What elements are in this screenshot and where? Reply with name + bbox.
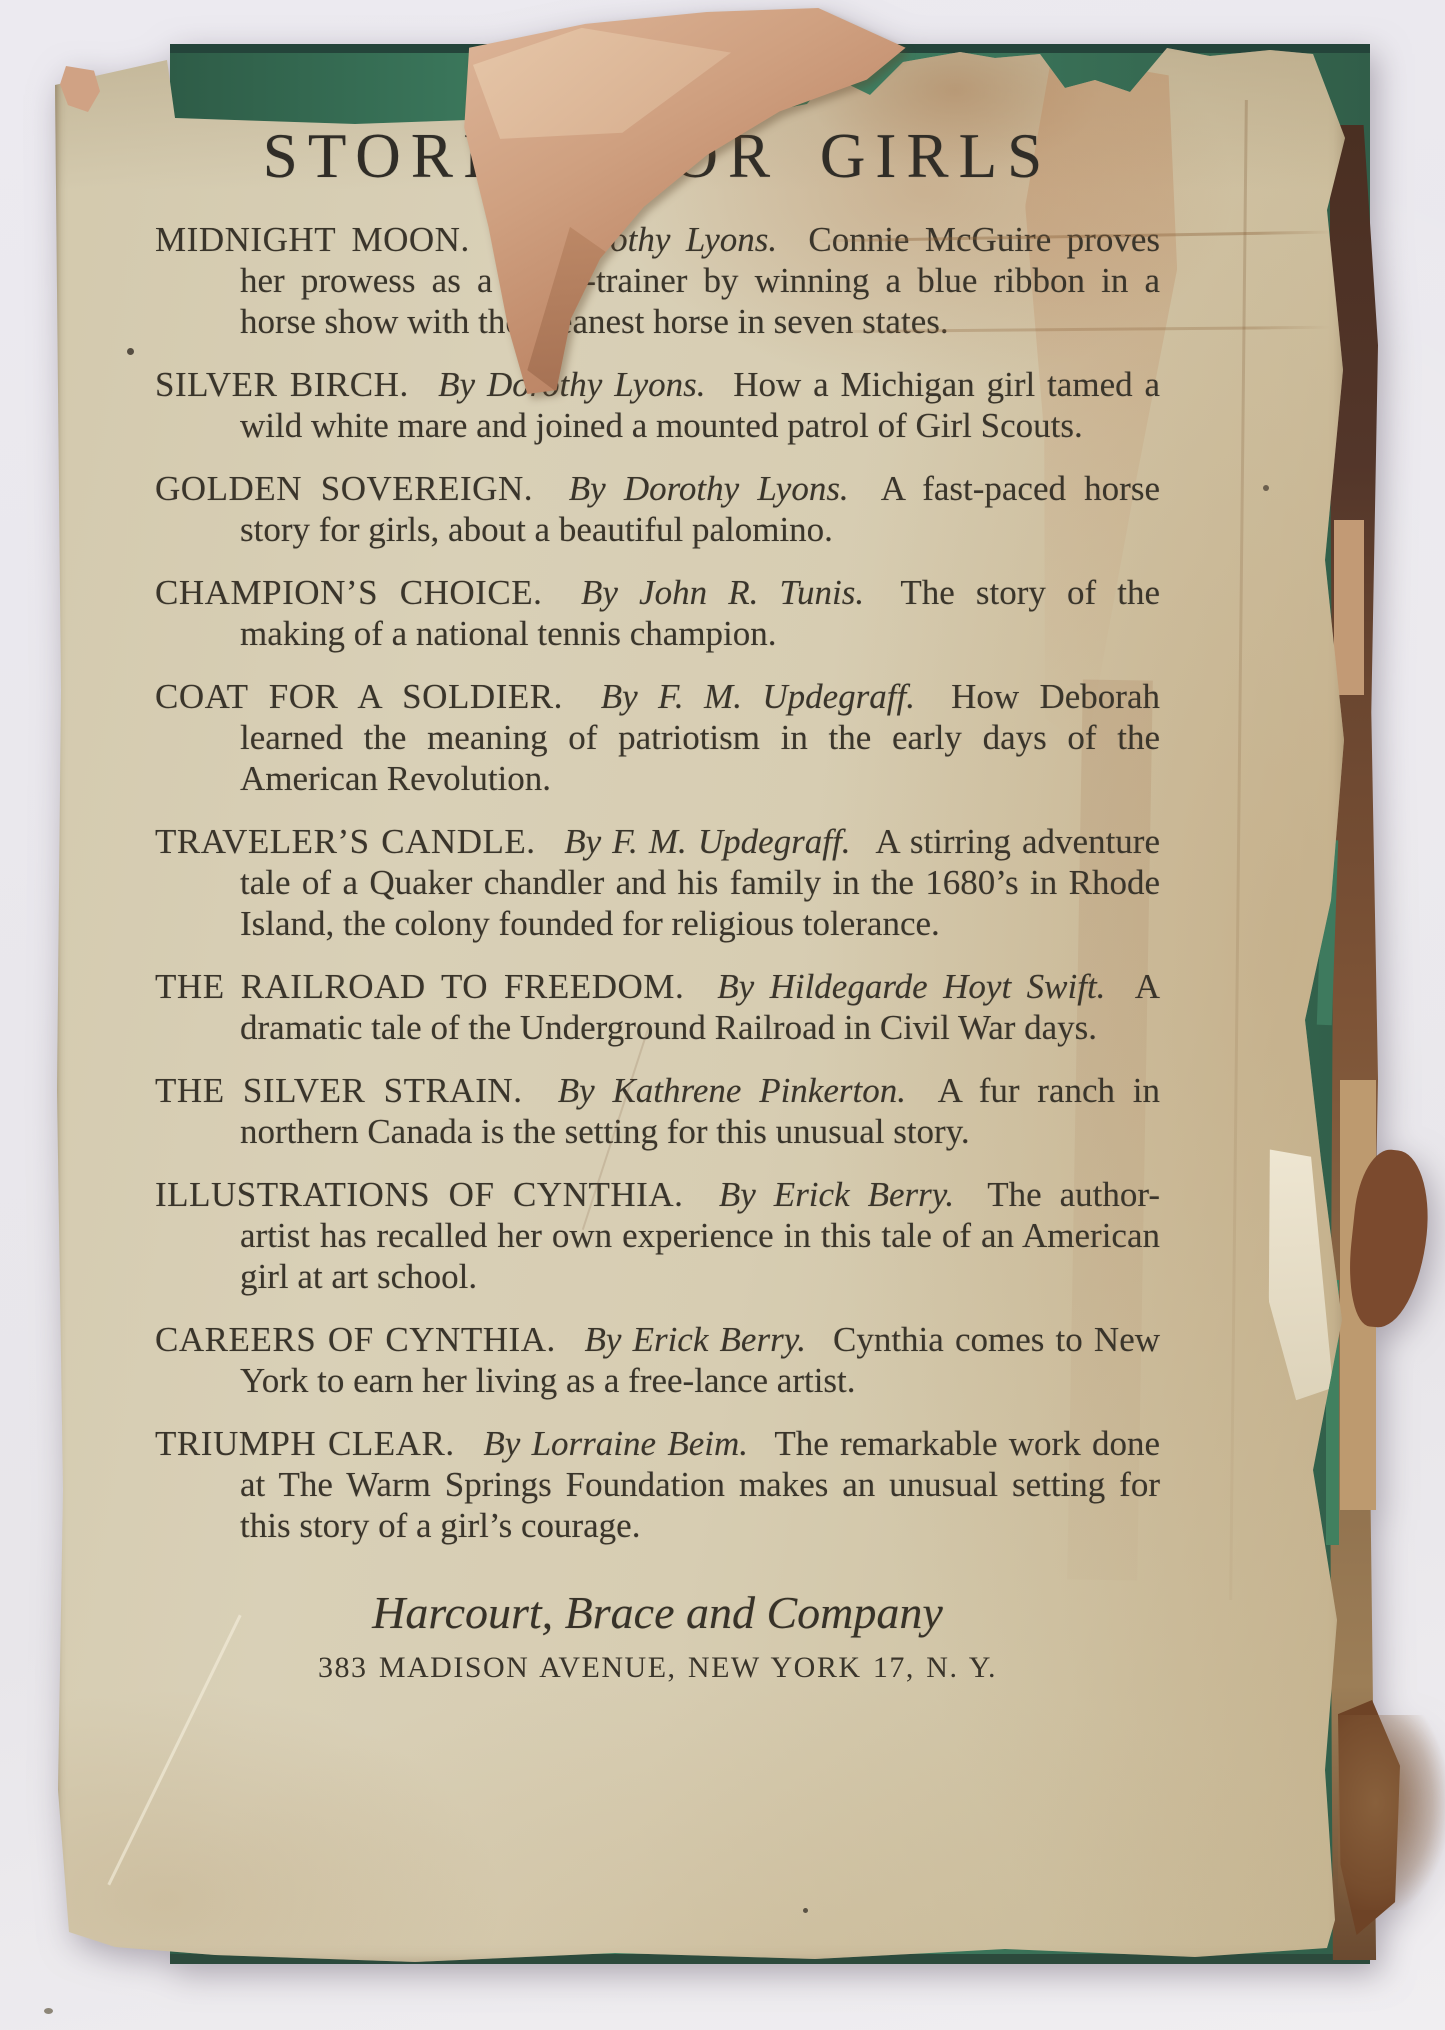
publisher-name: Harcourt, Brace and Company <box>155 1586 1160 1639</box>
book-entry-title: GOLDEN SOVEREIGN. <box>155 469 533 508</box>
worn-edge-patch <box>1334 520 1364 695</box>
book-entry-title: THE SILVER STRAIN. <box>155 1071 522 1110</box>
book-entry: THE RAILROAD TO FREEDOM. By Hildegarde H… <box>155 966 1160 1048</box>
book-entry: ILLUSTRATIONS OF CYNTHIA. By Erick Berry… <box>155 1174 1160 1297</box>
book-entry-title: THE RAILROAD TO FREEDOM. <box>155 967 684 1006</box>
torn-paper-flap-shape <box>440 8 925 406</box>
publisher-address: 383 MADISON AVENUE, NEW YORK 17, N. Y. <box>155 1651 1160 1685</box>
book-entry-author: By Erick Berry. <box>719 1175 954 1214</box>
book-entry: COAT FOR A SOLDIER. By F. M. Updegraff. … <box>155 676 1160 799</box>
peeled-paper-chip <box>1258 1146 1333 1401</box>
book-list: MIDNIGHT MOON. By Dorothy Lyons. Connie … <box>155 219 1160 1546</box>
book-entry-title: SILVER BIRCH. <box>155 365 409 404</box>
book-entry-author: By Dorothy Lyons. <box>569 469 849 508</box>
book-entry: CHAMPION’S CHOICE. By John R. Tunis. The… <box>155 572 1160 654</box>
book-entry: TRAVELER’S CANDLE. By F. M. Updegraff. A… <box>155 821 1160 944</box>
flap-tip-shade <box>527 227 634 406</box>
paper-speck <box>1263 485 1269 491</box>
background-speck <box>44 2008 53 2014</box>
paper-speck <box>127 348 134 355</box>
paper-speck <box>803 1908 808 1913</box>
photo-background: STORIES FOR GIRLS MIDNIGHT MOON. By Doro… <box>0 0 1445 2030</box>
book-entry: TRIUMPH CLEAR. By Lorraine Beim. The rem… <box>155 1423 1160 1546</box>
torn-paper-flap <box>440 8 925 406</box>
book-entry-title: TRAVELER’S CANDLE. <box>155 822 536 861</box>
book-entry-title: MIDNIGHT MOON. <box>155 220 470 259</box>
book-entry-title: CAREERS OF CYNTHIA. <box>155 1320 556 1359</box>
brown-stain <box>1338 1715 1445 1910</box>
book-entry: GOLDEN SOVEREIGN. By Dorothy Lyons. A fa… <box>155 468 1160 550</box>
book-entry-title: COAT FOR A SOLDIER. <box>155 677 563 716</box>
book-entry-author: By Lorraine Beim. <box>483 1424 748 1463</box>
book-entry-author: By F. M. Updegraff. <box>601 677 915 716</box>
book-entry-title: TRIUMPH CLEAR. <box>155 1424 455 1463</box>
book-entry-title: ILLUSTRATIONS OF CYNTHIA. <box>155 1175 683 1214</box>
book-entry-author: By Kathrene Pinkerton. <box>558 1071 906 1110</box>
book-entry-author: By F. M. Updegraff. <box>564 822 850 861</box>
book-entry-author: By Erick Berry. <box>585 1320 807 1359</box>
crease-line <box>1229 100 1248 1600</box>
book-entry-author: By Hildegarde Hoyt Swift. <box>717 967 1105 1006</box>
book: STORIES FOR GIRLS MIDNIGHT MOON. By Doro… <box>0 0 1445 2030</box>
book-entry-author: By John R. Tunis. <box>581 573 864 612</box>
book-entry: CAREERS OF CYNTHIA. By Erick Berry. Cynt… <box>155 1319 1160 1401</box>
flap-fold-highlight <box>459 28 731 151</box>
book-entry-title: CHAMPION’S CHOICE. <box>155 573 542 612</box>
book-entry: THE SILVER STRAIN. By Kathrene Pinkerton… <box>155 1070 1160 1152</box>
